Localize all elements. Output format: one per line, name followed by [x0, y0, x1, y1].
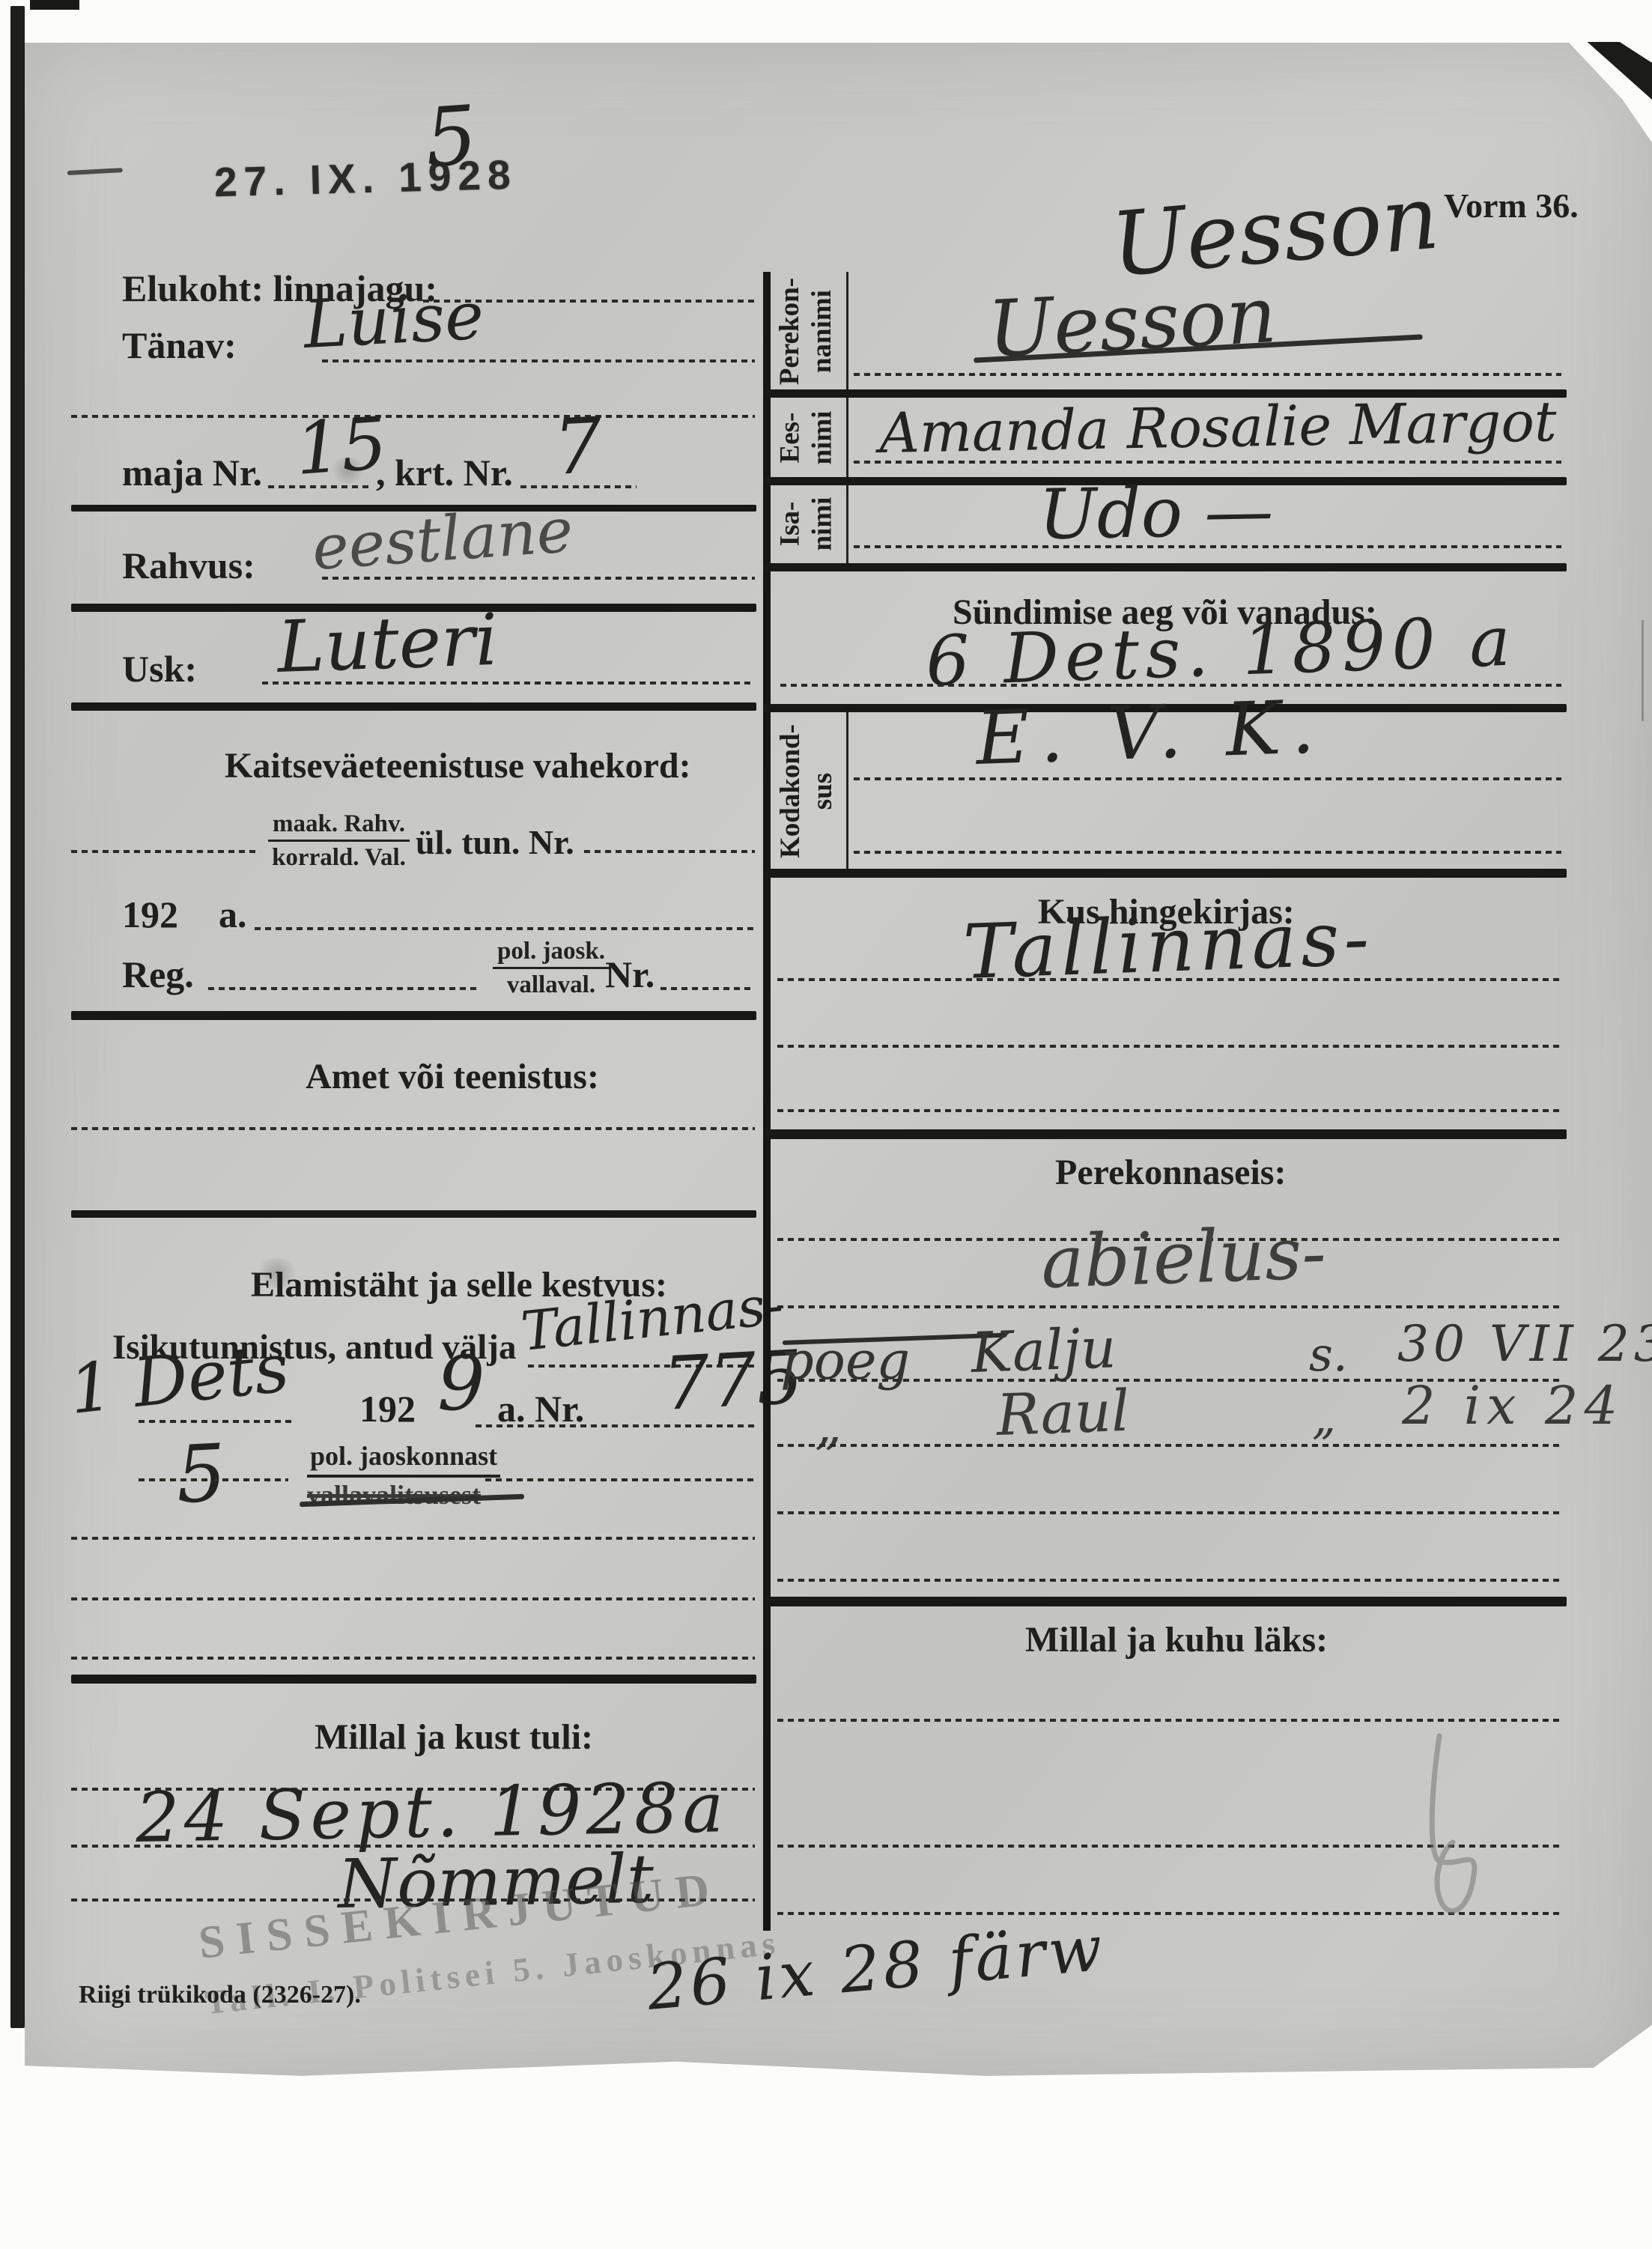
field-label-ul-tun-nr: ül. tun. Nr. — [416, 822, 574, 862]
dotted-line — [777, 1511, 1562, 1514]
field-label-192: 192 — [122, 893, 178, 936]
field-label-krt-nr: , krt. Nr. — [376, 451, 513, 494]
dotted-line — [71, 1657, 755, 1660]
field-label-tanav: Tänav: — [122, 324, 237, 367]
child-row-born-mark: s. — [1309, 1332, 1348, 1378]
dotted-line — [71, 1597, 755, 1600]
field-value-krt-nr: 7 — [552, 408, 604, 487]
dotted-line — [71, 1537, 755, 1540]
label-line: Perekon- — [774, 278, 805, 385]
dotted-line — [485, 1478, 755, 1481]
field-label-maja-nr: maja Nr. — [122, 451, 262, 494]
dotted-line — [777, 1109, 1562, 1112]
label-line: nanimi — [807, 290, 837, 373]
child-row-born-mark: „ — [1312, 1394, 1336, 1441]
field-label-192-a: a. — [219, 893, 247, 936]
field-label-reg-nr: Nr. — [605, 953, 655, 996]
field-value-tanav: Luise — [302, 283, 485, 358]
rule-thick — [763, 563, 1567, 571]
section-heading-perekonnaseis: Perekonnaseis: — [1055, 1152, 1286, 1193]
fraction-top: pol. jaosk. — [493, 938, 610, 969]
field-value-hingekiri: Tallinnas- — [962, 901, 1375, 990]
section-heading-millal-tuli: Millal ja kust tuli: — [315, 1717, 593, 1758]
field-value-fathername: Udo — — [1038, 477, 1274, 550]
row-label-kodakondsus: Kodakond- sus — [766, 712, 847, 871]
field-value-rahvus: eestlane — [310, 500, 574, 580]
label-line: nimi — [807, 497, 837, 551]
label-line: Ees- — [774, 413, 805, 464]
form-number: Vorm 36. — [1444, 186, 1579, 225]
field-label-usk: Usk: — [122, 647, 197, 691]
child-row-born-date: 30 VII 23 — [1397, 1320, 1652, 1369]
row-label-isanimi: Isa- nimi — [766, 485, 847, 563]
field-label-rahvus: Rahvus: — [122, 544, 255, 587]
section-heading-kaitse: Kaitseväeteenistuse vahekord: — [225, 745, 691, 786]
dotted-line — [854, 545, 1561, 548]
dotted-line — [777, 1579, 1562, 1582]
field-value-usk: Luteri — [276, 605, 499, 684]
dotted-line — [854, 851, 1561, 854]
fraction-pol-jaosk: pol. jaosk. vallaval. — [493, 938, 610, 999]
dotted-line — [255, 927, 755, 930]
label-line: Isa- — [774, 502, 805, 547]
dotted-line — [780, 684, 1561, 687]
rule-thick — [71, 1011, 756, 1020]
rule-thick — [71, 702, 756, 711]
field-value-citizenship: E. V. K. — [975, 691, 1326, 776]
dotted-line — [661, 987, 755, 990]
row-label-perekonnanimi: Perekon- nanimi — [766, 272, 847, 392]
dotted-line — [777, 1719, 1562, 1722]
rule-thick — [763, 1129, 1567, 1139]
child-row-name: Raul — [995, 1383, 1130, 1444]
rule-thick — [71, 1210, 756, 1218]
field-value-marital: abielus- — [1040, 1217, 1328, 1299]
field-value-isiku-9: 9 — [437, 1347, 485, 1421]
section-heading-amet: Amet või teenistus: — [306, 1056, 599, 1097]
fraction-top: pol. jaoskonnast — [307, 1442, 500, 1478]
child-row-name: Kalju — [970, 1320, 1117, 1381]
dotted-line — [777, 1444, 1562, 1447]
dotted-line — [208, 987, 478, 990]
label-line: Kodakond- — [774, 725, 805, 859]
dotted-line — [71, 415, 755, 418]
field-label-isiku-192: 192 — [359, 1387, 416, 1430]
fraction-bottom: vallaval. — [493, 969, 610, 998]
fraction-maak-rahv: maak. Rahv. korrald. Val. — [268, 810, 410, 872]
dotted-line — [777, 1045, 1562, 1048]
row-label-eesnimi: Ees- nimi — [766, 398, 847, 478]
dotted-line — [139, 1420, 292, 1423]
field-value-row2-5: 5 — [174, 1434, 228, 1515]
field-value-maja-nr: 15 — [293, 407, 389, 485]
rule-thick — [763, 869, 1567, 878]
field-label-reg: Reg. — [122, 953, 194, 996]
scan-left-edge — [10, 6, 25, 2028]
dotted-line — [71, 1127, 755, 1130]
label-line: nimi — [807, 411, 837, 465]
dotted-line — [322, 359, 755, 362]
dotted-line — [584, 850, 755, 853]
field-value-firstnames: Amanda Rosalie Margot — [879, 394, 1557, 461]
dotted-line — [139, 1478, 288, 1481]
dotted-line — [777, 1305, 1562, 1308]
scan-edge-mark — [30, 0, 79, 10]
child-row-born-date: 2 ix 24 — [1402, 1380, 1624, 1432]
fraction-bottom: korrald. Val. — [268, 842, 410, 871]
dotted-line — [854, 777, 1561, 780]
printer-imprint: Riigi trükikoda (2326-27). — [79, 1981, 361, 2009]
rule-thick — [763, 1597, 1567, 1606]
pencil-squiggle — [1400, 1730, 1565, 1940]
label-line: sus — [807, 773, 837, 810]
registration-card-scan: 27. IX. 1928 Vorm 36. Elukoht: linnajagu… — [0, 0, 1652, 2249]
dotted-line — [71, 850, 258, 853]
dotted-line — [777, 978, 1562, 981]
field-value-surname: Uesson — [1108, 172, 1442, 289]
rule-thick — [71, 1675, 756, 1684]
paper-crease — [1642, 620, 1644, 721]
field-value-linnajagu: 5 — [422, 95, 479, 180]
dotted-line — [854, 461, 1561, 464]
fraction-top: maak. Rahv. — [268, 810, 410, 842]
dotted-line — [854, 373, 1561, 376]
section-heading-millal-laks: Millal ja kuhu läks: — [1025, 1619, 1328, 1660]
